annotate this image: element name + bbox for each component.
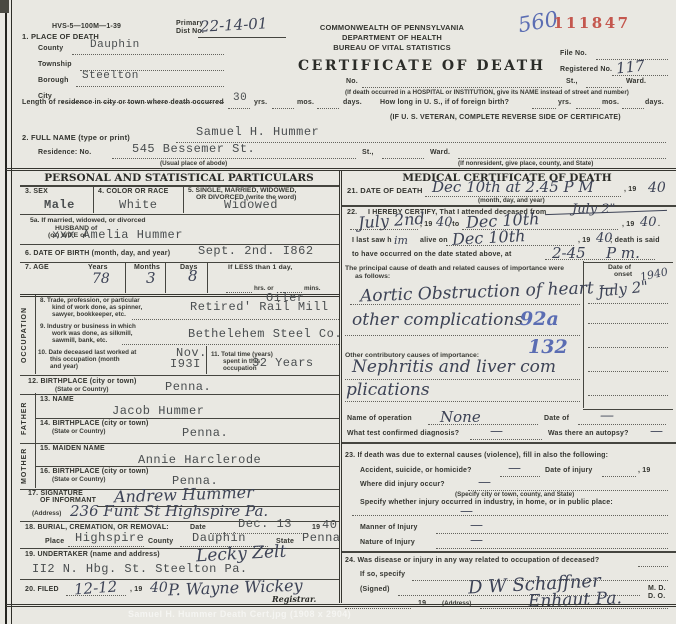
file-no-label: File No. [560, 50, 587, 57]
autopsy-label: Was there an autopsy? [548, 430, 629, 437]
alive-on-label: alive on [420, 237, 448, 244]
manner-of-injury-label: Manner of Injury [360, 524, 418, 531]
cause-intro-1: The principal cause of death and related… [345, 265, 564, 272]
dod-year-value: 40 [648, 180, 666, 196]
if-so-specify-label: If so, specify [360, 571, 405, 578]
commonwealth-line: COMMONWEALTH OF PENNSYLVANIA [303, 23, 481, 32]
onset-label-2: onset [614, 271, 632, 278]
certify-to-label: , to [448, 221, 459, 228]
dod-19-label: , 19 [624, 186, 636, 193]
undertaker-address: II2 N. Hbg. St. Steelton Pa. [32, 562, 248, 576]
industry-blank-rule [352, 514, 668, 516]
row15-bottom-rule [35, 465, 339, 467]
row18-bottom-rule [20, 547, 339, 549]
test-bottom-rule [342, 441, 676, 444]
total-time-value: 32 Years [252, 356, 314, 370]
burial-place-label: Place [45, 538, 64, 545]
us-mos-label: mos. [602, 99, 619, 106]
race-label: 4. COLOR OR RACE [98, 188, 168, 195]
onset-rule-2 [588, 322, 668, 324]
row6-bottom-rule [20, 261, 339, 263]
place-of-death-label: 1. PLACE OF DEATH [22, 32, 99, 41]
cause-code-1: 92a [520, 308, 559, 330]
injury-19-label: , 19 [638, 467, 650, 474]
burial-county-value: Dauphin [192, 531, 246, 545]
physician-address-rule [480, 607, 668, 609]
contributory-line-2: plications [346, 380, 430, 400]
dod-sub-label: (month, day, and year) [478, 197, 545, 204]
borough-value: Steelton [82, 70, 139, 82]
occupation-bottom-rule [20, 374, 339, 376]
birthplace-value: Penna. [165, 380, 211, 394]
industry-label-1: 9. Industry or business in which [40, 323, 136, 330]
nature-rule [436, 547, 668, 549]
residence-value: 545 Bessemer St. [132, 142, 255, 156]
us-rule-3 [622, 107, 644, 109]
father-name-label: 13. NAME [40, 396, 74, 403]
informant-address-label: (Address) [32, 510, 61, 517]
image-caption-watermark: Samuel H. Hummer Death Cert.jpg (1908 x … [128, 609, 351, 619]
operation-date-dash: — [600, 408, 614, 424]
certify-dot: . [658, 221, 660, 228]
len-yrs-label: yrs. [254, 99, 267, 106]
certify-19a: , 19 [420, 221, 432, 228]
residence-length-label: Length of residence in city or town wher… [22, 99, 224, 106]
marital-value: Widowed [224, 198, 278, 212]
hosp-st-label: St., [566, 78, 578, 85]
left-scan-border-outer [5, 0, 7, 624]
residence-rule [112, 157, 356, 159]
corner-smudge [0, 0, 9, 13]
race-value: White [119, 198, 158, 212]
bottom-border-rule [6, 601, 676, 607]
certify-from-rule [350, 228, 418, 230]
us-rule-2 [576, 107, 600, 109]
masthead: COMMONWEALTH OF PENNSYLVANIA DEPARTMENT … [303, 23, 481, 52]
age-divider-3 [207, 262, 209, 293]
hosp-no-label: No. [346, 78, 358, 85]
row21-bottom-rule [342, 204, 676, 207]
operation-rule [428, 423, 538, 425]
manner-dash: — [470, 518, 483, 533]
burial-date-label: Date [190, 524, 206, 531]
last-worked-label-3: and year) [50, 363, 78, 370]
len-mos-label: mos. [297, 99, 314, 106]
sex-label: 3. SEX [25, 188, 48, 195]
certify-19b: , 19 [622, 221, 634, 228]
us-yrs-label: yrs. [558, 99, 571, 106]
accident-label: Accident, suicide, or homicide? [360, 467, 472, 474]
onset-box-top [583, 261, 673, 263]
accident-dash: — [508, 461, 521, 476]
residence-ward-rule [458, 157, 666, 159]
test-dash: — [490, 424, 503, 439]
test-rule [470, 438, 542, 440]
last-worked-year: I93I [170, 357, 201, 371]
veteran-note: (IF U. S. VETERAN, COMPLETE REVERSE SIDE… [390, 114, 621, 121]
row10-11-divider [206, 346, 208, 374]
burial-label: 18. BURIAL, CREMATION, OR REMOVAL: [25, 524, 169, 531]
last-worked-label-1: 10. Date deceased last worked at [38, 349, 136, 356]
spouse-label: 5a. If married, widowed, or divorced [30, 217, 146, 224]
death-certificate: HVS-5—100M—1-39 1. PLACE OF DEATH Primar… [0, 0, 676, 624]
mother-vertical-label: MOTHER [21, 444, 33, 488]
registered-no-rule [612, 74, 668, 76]
injury-date-rule [602, 475, 636, 477]
sex-value: Male [44, 198, 75, 212]
left-scan-border-inner [11, 0, 12, 624]
hosp-no-rule [362, 86, 562, 88]
industry-rule [122, 343, 339, 345]
md-label: M. D. [648, 585, 666, 592]
informant-label-1: 17. SIGNATURE [28, 490, 83, 497]
county-rule [72, 53, 224, 55]
filed-date-rule [66, 594, 126, 596]
us-rule-1 [532, 107, 556, 109]
operation-date-label: Date of [544, 415, 569, 422]
industry-label-2: work was done, as silkmill, [52, 330, 133, 337]
father-name-value: Jacob Hummer [112, 404, 204, 418]
cell-divider-sex-race [93, 185, 95, 213]
hosp-st-rule [586, 86, 622, 88]
burial-county-label: County [148, 538, 173, 545]
row13-bottom-rule [35, 417, 339, 419]
occurred-label: to have occurred on the date stated abov… [352, 251, 512, 258]
filed-label: 20. FILED [25, 586, 59, 593]
hosp-ward-label: Ward. [626, 78, 646, 85]
township-label: Township [38, 61, 72, 68]
specify-city-note: (Specify city or town, county, and State… [455, 491, 574, 498]
onset-rule-4 [588, 370, 668, 372]
residence-st-rule [382, 157, 424, 159]
len-rule-1 [228, 107, 250, 109]
trade-label-3: sawyer, bookkeeper, etc. [52, 311, 126, 318]
burial-19-label: 19 [312, 524, 320, 531]
len-days-label: days. [343, 99, 362, 106]
spouse-value: xxx Amelia Hummer [52, 228, 183, 242]
marital-label-1: 5. SINGLE, MARRIED, WIDOWED, [188, 187, 296, 194]
last-saw-him: im [394, 234, 408, 247]
mother-bp-label-2: (State or Country) [52, 476, 106, 483]
burial-place-value: Highspire [75, 531, 144, 545]
cause-intro-2: as follows: [355, 273, 390, 280]
industry-value: Bethelehem Steel Co. [188, 327, 342, 341]
test-label: What test confirmed diagnosis? [347, 430, 459, 437]
filed-19-label: , 19 [130, 586, 142, 593]
residence-st-label: St., [362, 149, 374, 156]
row14-bottom-rule [20, 442, 339, 444]
accident-rule [500, 475, 540, 477]
residence-ward-label: Ward. [430, 149, 450, 156]
age-label: 7. AGE [25, 264, 49, 271]
hospital-note: (If death occurred in a HOSPITAL or INST… [345, 89, 629, 96]
autopsy-dash: — [650, 424, 663, 439]
signed-label: (Signed) [360, 586, 390, 593]
operation-label: Name of operation [347, 415, 412, 422]
onset-label-1: Date of [608, 264, 631, 271]
specify-industry-label: Specify whether injury occurred in indus… [360, 499, 613, 506]
age-divider-2 [165, 262, 167, 293]
mother-bp-label-1: 16. BIRTHPLACE (city or town) [40, 468, 148, 475]
trade-label-2: kind of work done, as spinner, [52, 304, 142, 311]
burial-year-value: 40 [322, 518, 337, 532]
nature-dash: — [470, 533, 483, 548]
industry-blank-dash: — [460, 504, 473, 519]
age-years-header: Years [88, 264, 108, 271]
age-divider-1 [125, 262, 127, 293]
certify-number: 22. [347, 209, 357, 216]
occupation-related-rule [638, 565, 668, 567]
date-of-injury-label: Date of injury [545, 467, 593, 474]
cause-code-2: 132 [528, 336, 568, 358]
len-rule-3 [317, 107, 339, 109]
cause-rule-1 [350, 303, 580, 305]
date-of-death-value: Dec 10th at 2.45 P M [432, 178, 594, 196]
occupation-vertical-label: OCCUPATION [21, 296, 33, 374]
burial-state-value: Penna [302, 531, 341, 545]
burial-date-value: Dec. 13 [238, 517, 292, 531]
age-less-header: If LESS than 1 day, [228, 264, 292, 271]
death-is-said-label: ; death is said [610, 237, 660, 244]
last-worked-label-2: this occupation (month [50, 356, 120, 363]
borough-label: Borough [38, 77, 69, 84]
len-rule-2 [272, 107, 294, 109]
cause-line-2: other complications [352, 310, 523, 330]
trade-rule [132, 318, 339, 320]
onset-rule-5 [588, 394, 668, 396]
certificate-title: CERTIFICATE OF DEATH [298, 58, 504, 74]
trade-value: Retired' Rail Mill [190, 300, 329, 314]
borough-rule [76, 85, 224, 87]
row5-bottom-rule [20, 213, 339, 215]
residence-label: Residence: No. [38, 149, 91, 156]
where-dash: — [478, 475, 491, 490]
left-column-header: PERSONAL AND STATISTICAL PARTICULARS [20, 172, 338, 184]
father-bp-label-1: 14. BIRTHPLACE (city or town) [40, 420, 148, 427]
dob-value: Sept. 2nd. I862 [198, 244, 314, 258]
department-line: DEPARTMENT OF HEALTH [303, 33, 481, 42]
age-years-value: 78 [92, 271, 110, 287]
nature-of-injury-label: Nature of Injury [360, 539, 415, 546]
onset-rule-3 [588, 346, 668, 348]
dob-label: 6. DATE OF BIRTH (month, day, and year) [25, 250, 170, 257]
full-name-label: 2. FULL NAME (type or print) [22, 133, 130, 142]
cause-rule-4 [345, 400, 580, 402]
us-length-label: How long in U. S., if of foreign birth? [380, 99, 509, 106]
contributory-line-1: Nephritis and liver com [352, 357, 556, 377]
primary-dist-value: 22-14-01 [200, 14, 268, 36]
do-label: D. O. [648, 593, 665, 600]
father-bp-value: Penna. [182, 426, 228, 440]
trade-label-1: 8. Trade, profession, or particular [40, 297, 140, 304]
certify-40b: 40 [640, 215, 657, 230]
occupation-label-divider [35, 295, 37, 374]
row12-bottom-rule [20, 393, 339, 395]
occupation-related-label: 24. Was disease or injury in any way rel… [345, 557, 599, 564]
residence-length-value: 30 [233, 92, 247, 104]
father-vertical-label: FATHER [21, 395, 33, 442]
date-of-death-label: 21. DATE OF DEATH [347, 186, 423, 195]
certify-overwrite-date: July 2" [572, 202, 615, 217]
age-months-value: 3 [146, 269, 156, 287]
death-time-rule [545, 258, 655, 260]
county-label: County [38, 45, 63, 52]
full-name-value: Samuel H. Hummer [196, 125, 319, 139]
birthplace-label-1: 12. BIRTHPLACE (city or town) [28, 378, 136, 385]
onset-rule-1 [588, 302, 668, 304]
cell-divider-race-marital [183, 185, 185, 213]
onset-box-bottom [583, 408, 673, 410]
primary-dist-line [198, 36, 286, 38]
bureau-line: BUREAU OF VITAL STATISTICS [303, 43, 481, 52]
registered-no-label: Registered No. [560, 66, 612, 73]
stamp-serial-number: 111847 [553, 14, 631, 32]
signed-date-rule [345, 607, 411, 609]
father-bp-label-2: (State or Country) [52, 428, 106, 435]
last-saw-19: , 19 [578, 237, 590, 244]
us-days-label: days. [645, 99, 664, 106]
birthplace-label-2: (State or Country) [55, 386, 109, 393]
undertaker-label: 19. UNDERTAKER (name and address) [25, 551, 160, 558]
age-days-value: 8 [188, 267, 198, 285]
mother-name-label: 15. MAIDEN NAME [40, 445, 105, 452]
filed-year-value: 40 [150, 580, 168, 596]
row23-bottom-rule [342, 550, 676, 553]
where-injury-label: Where did injury occur? [360, 481, 445, 488]
form-code: HVS-5—100M—1-39 [52, 23, 121, 30]
industry-label-3: sawmill, bank, etc. [52, 337, 107, 344]
county-value: Dauphin [90, 39, 140, 51]
external-causes-label: 23. If death was due to external causes … [345, 452, 608, 459]
last-saw-label: I last saw h [352, 237, 392, 244]
